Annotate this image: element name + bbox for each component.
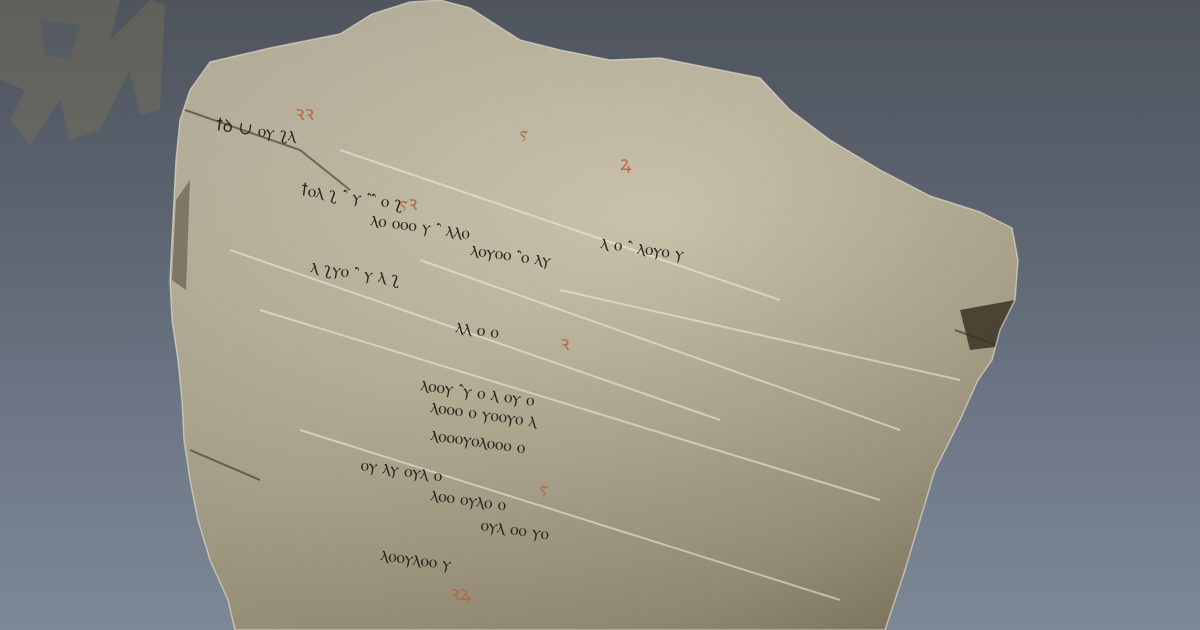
svg-text:ⲋ: ⲋ bbox=[520, 121, 528, 145]
photo-scene: ꝉꝺ ∪ ⲟⲩ ʅⲗ ꝉⲟⲗ ʅ ⳿ ⲩ ⳿⳿ ⲟ ʅ ⲗ ʅⲩⲟ ⳿ ⲩ ⲗ … bbox=[0, 0, 1200, 630]
svg-text:ⲋꝛ: ⲋꝛ bbox=[400, 191, 418, 215]
svg-text:ꝛꝛ: ꝛꝛ bbox=[295, 101, 314, 125]
svg-text:ꝛꝝ: ꝛꝝ bbox=[450, 581, 471, 605]
svg-text:ⲋ: ⲋ bbox=[540, 476, 548, 500]
svg-text:ꝝ: ꝝ bbox=[620, 151, 632, 175]
ostracon-stone: ꝉꝺ ∪ ⲟⲩ ʅⲗ ꝉⲟⲗ ʅ ⳿ ⲩ ⳿⳿ ⲟ ʅ ⲗ ʅⲩⲟ ⳿ ⲩ ⲗ … bbox=[0, 0, 1200, 630]
svg-text:ꝛ: ꝛ bbox=[560, 331, 570, 355]
